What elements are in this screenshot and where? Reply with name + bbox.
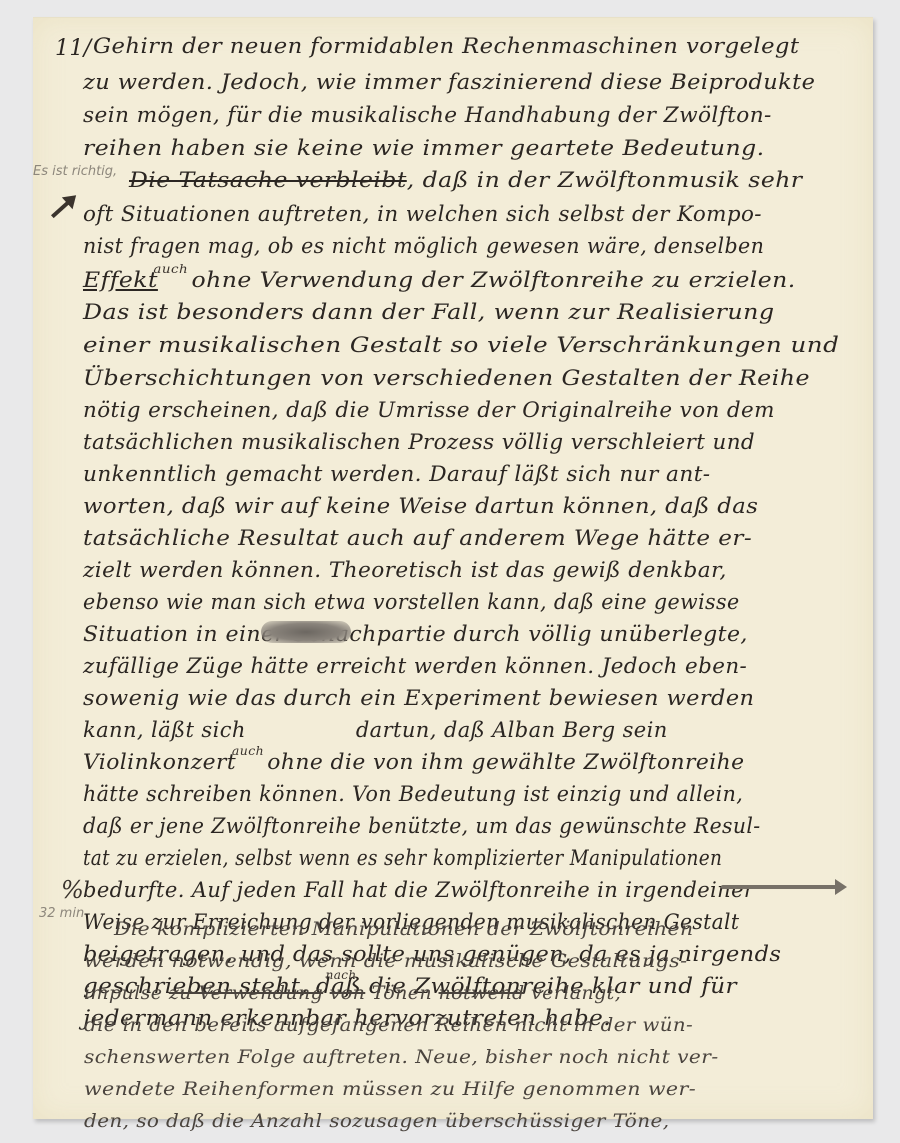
text-segment: dartun, daß Alban Berg sein bbox=[356, 718, 668, 742]
text-line-20: zufällige Züge hätte erreicht werden kön… bbox=[83, 654, 747, 678]
insertion-mark: auch bbox=[153, 262, 188, 276]
text-segment: ohne Verwendung der Zwölftonreihe zu erz… bbox=[192, 268, 796, 292]
struck-text: zu Verwendung bbox=[169, 982, 323, 1004]
insertion-mark: nach bbox=[326, 968, 357, 982]
struck-text: nachvon bbox=[330, 982, 366, 1004]
text-line-6: oft Situationen auftreten, in welchen si… bbox=[83, 202, 762, 226]
text-line-7: nist fragen mag, ob es nicht möglich gew… bbox=[83, 234, 764, 258]
text-segment: ohne die von ihm gewählte Zwölftonreihe bbox=[267, 750, 744, 774]
paragraph-mark: % bbox=[61, 876, 84, 904]
text-line-36: schenswerten Folge auftreten. Neue, bish… bbox=[84, 1046, 719, 1068]
text-line-19: Situation in einer Schachpartie durch vö… bbox=[83, 622, 748, 646]
text-line-22: kann, läßt sichdartun, daß Alban Berg se… bbox=[83, 718, 668, 742]
page-number: 11/ bbox=[55, 36, 92, 61]
text-segment: verlangt, bbox=[531, 982, 621, 1004]
text-line-35: die in den bereits aufgefangenen Reihen … bbox=[84, 1014, 693, 1036]
text-line-4: reihen haben sie keine wie immer geartet… bbox=[83, 136, 765, 160]
text-line-1: Gehirn der neuen formidablen Rechenmasch… bbox=[93, 34, 799, 58]
margin-arrow-icon bbox=[51, 198, 73, 218]
struck-text: notwend bbox=[439, 982, 525, 1004]
text-segment: Violinkonzert bbox=[83, 750, 236, 774]
text-line-17: zielt werden können. Theoretisch ist das… bbox=[83, 558, 727, 582]
text-line-8: Effektauch ohne Verwendung der Zwölftonr… bbox=[83, 268, 796, 292]
struck-word: von bbox=[330, 982, 366, 1004]
text-line-32b: Die komplizierten Manipulationen der Zwö… bbox=[114, 918, 694, 940]
text-line-27: bedurfte. Auf jeden Fall hat die Zwölfto… bbox=[83, 878, 754, 902]
text-segment: kann, läßt sich bbox=[83, 718, 246, 742]
text-line-13: tatsächlichen musikalischen Prozess völl… bbox=[83, 430, 755, 454]
text-line-5: Die Tatsache verbleibt, daß in der Zwölf… bbox=[129, 168, 802, 192]
text-line-24: hätte schreiben können. Von Bedeutung is… bbox=[83, 782, 743, 806]
text-line-34: impulse zu Verwendung nachvon Tönen notw… bbox=[84, 982, 621, 1004]
text-line-37: wendete Reihenformen müssen zu Hilfe gen… bbox=[84, 1078, 696, 1100]
text-segment: , daß in der Zwölftonmusik sehr bbox=[407, 168, 803, 192]
struck-text: Die Tatsache verbleibt bbox=[129, 168, 407, 192]
margin-arrow-right-icon bbox=[721, 885, 843, 889]
text-line-38: den, so daß die Anzahl sozusagen übersch… bbox=[84, 1110, 669, 1132]
text-line-23: Violinkonzertauch ohne die von ihm gewäh… bbox=[83, 750, 744, 774]
text-line-2: zu werden. Jedoch, wie immer faszinieren… bbox=[83, 70, 815, 94]
text-line-10: einer musikalischen Gestalt so viele Ver… bbox=[83, 333, 839, 357]
text-segment: Effekt bbox=[83, 268, 158, 292]
text-segment: Tönen bbox=[372, 982, 432, 1004]
text-line-33: werden notwendig, wenn die musikalische … bbox=[84, 950, 688, 972]
text-line-25: daß er jene Zwölftonreihe benützte, um d… bbox=[83, 814, 761, 838]
text-line-12: nötig erscheinen, daß die Umrisse der Or… bbox=[83, 398, 775, 422]
text-line-14: unkenntlich gemacht werden. Darauf läßt … bbox=[83, 462, 711, 486]
text-line-21: sowenig wie das durch ein Experiment bew… bbox=[83, 686, 754, 710]
ink-blot-deletion bbox=[261, 621, 351, 643]
text-line-9: Das ist besonders dann der Fall, wenn zu… bbox=[83, 300, 775, 324]
text-line-26: tat zu erzielen, selbst wenn es sehr kom… bbox=[83, 846, 722, 870]
text-line-11: Überschichtungen von verschiedenen Gesta… bbox=[83, 366, 810, 390]
insertion-mark: auch bbox=[232, 744, 264, 758]
text-line-18: ebenso wie man sich etwa vorstellen kann… bbox=[83, 590, 740, 614]
time-note: 32 min bbox=[39, 906, 84, 921]
text-line-3: sein mögen, für die musikalische Handhab… bbox=[83, 103, 772, 127]
margin-note-pencil: Es ist richtig, bbox=[33, 164, 117, 179]
text-segment: impulse bbox=[84, 982, 162, 1004]
text-line-15: worten, daß wir auf keine Weise dartun k… bbox=[83, 494, 758, 518]
text-line-16: tatsächliche Resultat auch auf anderem W… bbox=[83, 526, 752, 550]
